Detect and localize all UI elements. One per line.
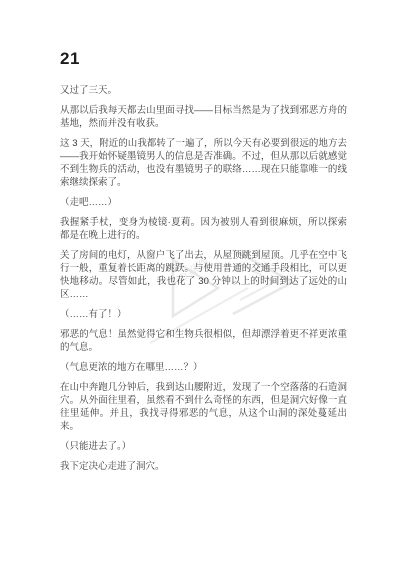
novel-page: の原作 21 又过了三天。 从那以后我每天都去山里面寻找——目标当然是为了找到邪…: [0, 0, 400, 565]
paragraph-10: 在山中奔跑几分钟后，我到达山腰附近，发现了一个空落落的石造洞穴。从外面往里看，虽…: [60, 381, 347, 433]
paragraph-7: （……有了！）: [60, 308, 347, 321]
paragraph-1: 又过了三天。: [60, 84, 347, 97]
paragraph-2: 从那以后我每天都去山里面寻找——目标当然是为了找到邪恶方舟的基地，然而并没有收获…: [60, 104, 347, 130]
paragraph-8: 邪恶的气息！虽然觉得它和生物兵很相似，但却漂浮着更不祥更浓重的气息。: [60, 328, 347, 354]
paragraph-3: 这 3 天，附近的山我都转了一遍了，所以今天有必要到很远的地方去——我开始怀疑墨…: [60, 137, 347, 189]
paragraph-6: 关了房间的电灯，从窗户飞了出去，从屋顶跳到屋顶。几乎在空中飞行一般，重复着长距离…: [60, 249, 347, 301]
chapter-content: 21 又过了三天。 从那以后我每天都去山里面寻找——目标当然是为了找到邪恶方舟的…: [60, 50, 347, 480]
chapter-title: 21: [60, 50, 347, 68]
paragraph-12: 我下定决心走进了洞穴。: [60, 460, 347, 473]
paragraph-11: （只能进去了。）: [60, 440, 347, 453]
paragraph-5: 我握紧手杖，变身为棱镜·夏莉。因为被别人看到很麻烦，所以探索都是在晚上进行的。: [60, 216, 347, 242]
paragraph-9: （气息更浓的地方在哪里……？）: [60, 361, 347, 374]
paragraph-4: （走吧……）: [60, 196, 347, 209]
